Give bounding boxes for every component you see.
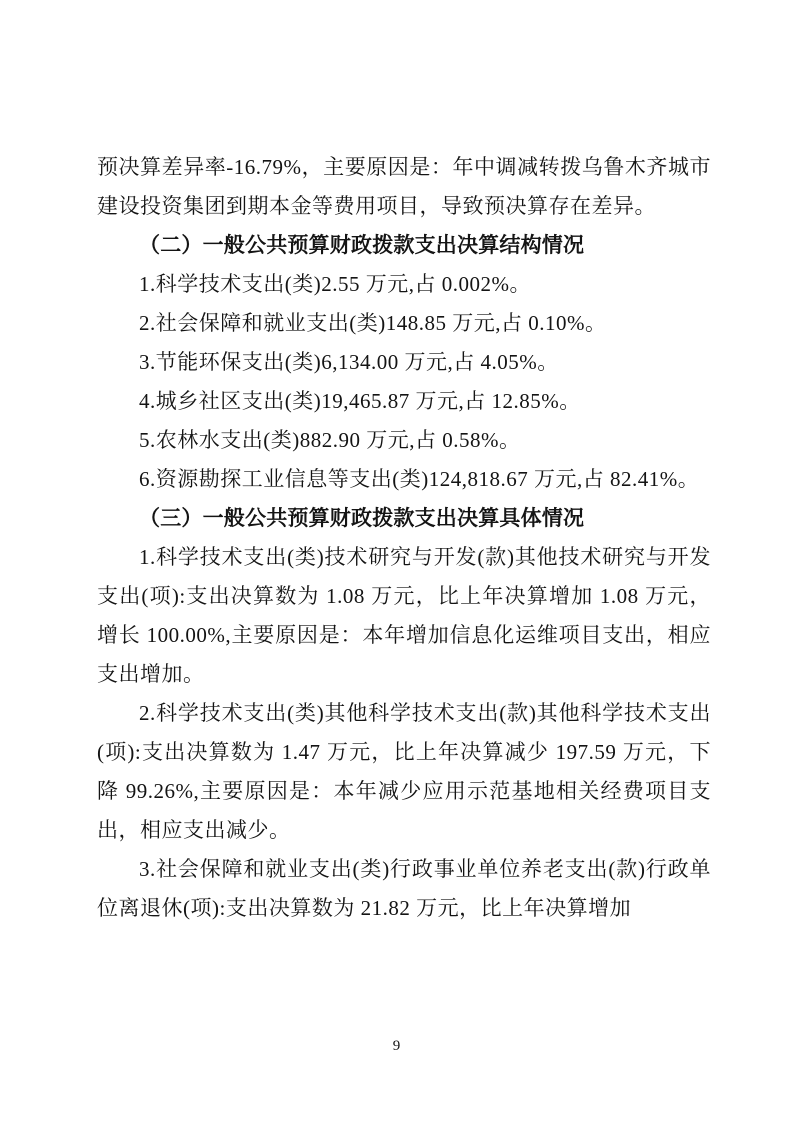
section-2-item-5: 5.农林水支出(类)882.90 万元,占 0.58%。 <box>97 421 711 460</box>
section-2-heading: （二）一般公共预算财政拨款支出决算结构情况 <box>97 226 711 265</box>
section-3-item-2: 2.科学技术支出(类)其他科学技术支出(款)其他科学技术支出(项):支出决算数为… <box>97 694 711 850</box>
section-3-item-3: 3.社会保障和就业支出(类)行政事业单位养老支出(款)行政单位离退休(项):支出… <box>97 850 711 928</box>
section-2-item-4: 4.城乡社区支出(类)19,465.87 万元,占 12.85%。 <box>97 382 711 421</box>
section-2-item-1: 1.科学技术支出(类)2.55 万元,占 0.002%。 <box>97 265 711 304</box>
section-3-item-1: 1.科学技术支出(类)技术研究与开发(款)其他技术研究与开发支出(项):支出决算… <box>97 538 711 694</box>
paragraph-prev-page-continuation: 预决算差异率-16.79%，主要原因是：年中调减转拨乌鲁木齐城市建设投资集团到期… <box>97 148 711 226</box>
page-footer: 9 <box>0 1036 793 1056</box>
page-body-text: 预决算差异率-16.79%，主要原因是：年中调减转拨乌鲁木齐城市建设投资集团到期… <box>97 148 711 928</box>
section-2-item-3: 3.节能环保支出(类)6,134.00 万元,占 4.05%。 <box>97 343 711 382</box>
section-3-heading: （三）一般公共预算财政拨款支出决算具体情况 <box>97 499 711 538</box>
page-number: 9 <box>393 1038 401 1054</box>
section-2-item-2: 2.社会保障和就业支出(类)148.85 万元,占 0.10%。 <box>97 304 711 343</box>
document-page: 预决算差异率-16.79%，主要原因是：年中调减转拨乌鲁木齐城市建设投资集团到期… <box>0 0 793 1122</box>
section-2-item-6: 6.资源勘探工业信息等支出(类)124,818.67 万元,占 82.41%。 <box>97 460 711 499</box>
